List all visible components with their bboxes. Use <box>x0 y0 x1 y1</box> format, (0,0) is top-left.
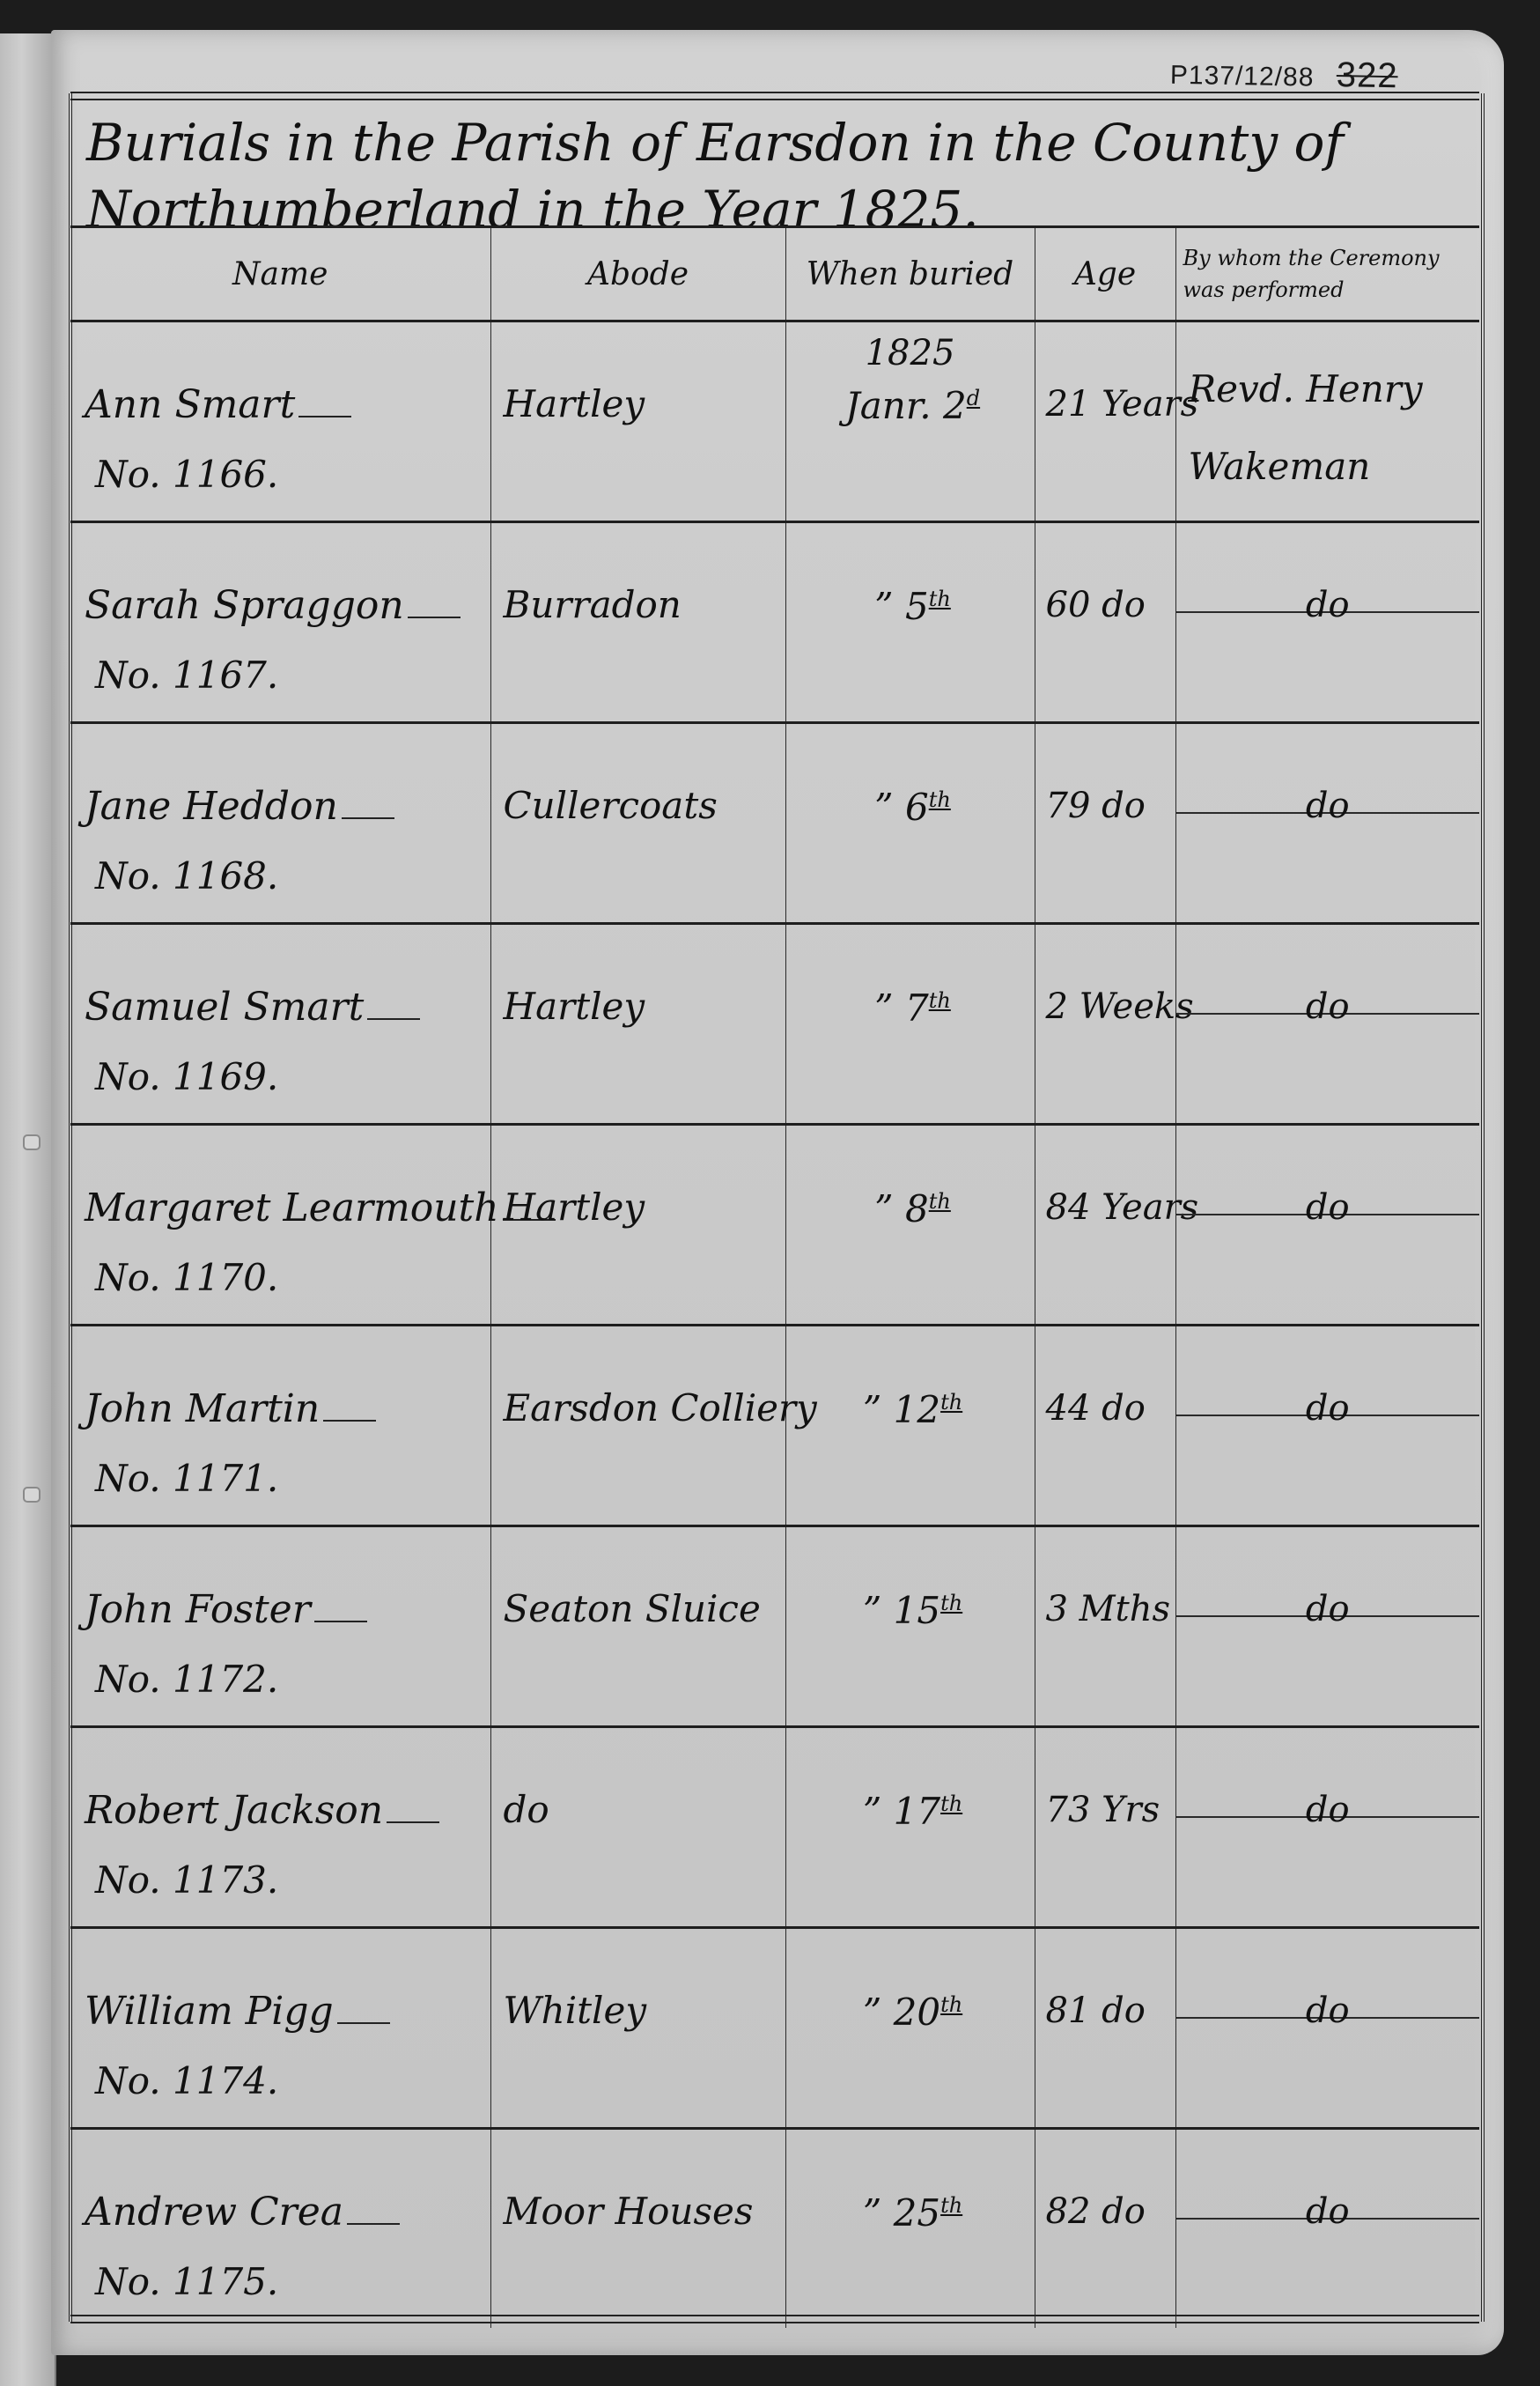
entry-number: No. 1166. <box>95 453 278 496</box>
table-row: Ann SmartNo. 1166.Hartley1825Janr. 2d21 … <box>70 321 1479 522</box>
officiant-value: do <box>1176 2191 1480 2232</box>
when-buried-cell: 1825Janr. 2d <box>785 321 1035 522</box>
entry-number: No. 1173. <box>95 1858 278 1902</box>
burial-date: ” 8th <box>797 1187 1029 1230</box>
deceased-name: Ann Smart <box>85 382 351 427</box>
burial-date-day: ” 5 <box>874 585 929 628</box>
burial-register-table: Name Abode When buried Age By whom the C… <box>70 225 1479 2328</box>
officiant-value: do <box>1176 585 1480 625</box>
burial-date: ” 7th <box>797 986 1029 1030</box>
name-cell: Margaret LearmouthNo. 1170. <box>70 1125 490 1326</box>
table-row: Andrew CreaNo. 1175.Moor Houses” 25th82 … <box>70 2129 1479 2329</box>
officiant-value: do <box>1176 1991 1480 2031</box>
officiant-cell: do <box>1175 1326 1479 1526</box>
age-cell: 79 do <box>1035 723 1175 924</box>
burial-date: Janr. 2d <box>797 384 1029 427</box>
burial-date-suffix: th <box>929 787 951 812</box>
burial-date-suffix: th <box>929 587 951 611</box>
burial-date-day: Janr. 2 <box>845 384 967 427</box>
officiant-cell: do <box>1175 723 1479 924</box>
age-cell: 81 do <box>1035 1928 1175 2129</box>
when-buried-cell: ” 15th <box>785 1526 1035 1727</box>
age-cell: 73 Yrs <box>1035 1727 1175 1928</box>
bottom-border-rule <box>70 2315 1479 2323</box>
when-buried-cell: ” 8th <box>785 1125 1035 1326</box>
deceased-name: John Martin <box>85 1386 376 1431</box>
officiant-value: do <box>1176 1187 1480 1228</box>
age-value: 3 Mths <box>1046 1589 1170 1629</box>
table-row: William PiggNo. 1174.Whitley” 20th81 dod… <box>70 1928 1479 2129</box>
abode-value: Earsdon Colliery <box>504 1386 817 1429</box>
burial-date-suffix: th <box>929 1189 951 1214</box>
burial-date-suffix: th <box>940 1390 962 1415</box>
age-value: 79 do <box>1046 786 1146 826</box>
name-cell: Andrew CreaNo. 1175. <box>70 2129 490 2329</box>
name-cell: Ann SmartNo. 1166. <box>70 321 490 522</box>
deceased-name: William Pigg <box>85 1989 390 2034</box>
entry-number: No. 1167. <box>95 654 278 697</box>
age-value: 82 do <box>1046 2191 1146 2232</box>
officiant-value: do <box>1176 1790 1480 1830</box>
burial-date-suffix: th <box>940 2193 962 2218</box>
age-cell: 44 do <box>1035 1326 1175 1526</box>
register-page: P137/12/88 322 Burials in the Parish of … <box>51 30 1504 2355</box>
entry-number: No. 1174. <box>95 2059 278 2102</box>
table-header-row: Name Abode When buried Age By whom the C… <box>70 227 1479 321</box>
binding-stitch <box>23 1134 41 1150</box>
officiant-cell: do <box>1175 1526 1479 1727</box>
deceased-name: Robert Jackson <box>85 1788 439 1833</box>
binding-stitch <box>23 1487 41 1503</box>
burial-date-suffix: th <box>940 1791 962 1816</box>
abode-cell: Hartley <box>490 321 785 522</box>
burial-date-day: ” 25 <box>863 2191 940 2235</box>
table-row: Margaret LearmouthNo. 1170.Hartley” 8th8… <box>70 1125 1479 1326</box>
officiant-cell: do <box>1175 1928 1479 2129</box>
burial-date: ” 6th <box>797 786 1029 829</box>
age-value: 81 do <box>1046 1991 1146 2031</box>
reference-code: P137/12/88 <box>1170 61 1315 92</box>
officiant-cell: do <box>1175 1125 1479 1326</box>
abode-value: Hartley <box>504 1186 645 1229</box>
abode-value: do <box>504 1788 549 1831</box>
title-line-1: Burials in the Parish of Earsdon in the … <box>86 109 1407 176</box>
page-number: 322 <box>1337 55 1399 95</box>
when-buried-cell: ” 20th <box>785 1928 1035 2129</box>
deceased-name: John Foster <box>85 1587 367 1632</box>
age-cell: 21 Years <box>1035 321 1175 522</box>
abode-value: Hartley <box>504 382 645 425</box>
when-buried-cell: ” 6th <box>785 723 1035 924</box>
abode-value: Hartley <box>504 985 645 1028</box>
burial-date-day: ” 20 <box>863 1991 940 2034</box>
abode-cell: Hartley <box>490 1125 785 1326</box>
column-header-age: Age <box>1035 227 1175 321</box>
burial-date: ” 15th <box>797 1589 1029 1632</box>
abode-value: Seaton Sluice <box>504 1587 761 1630</box>
table-row: Sarah SpraggonNo. 1167.Burradon” 5th60 d… <box>70 522 1479 723</box>
age-cell: 60 do <box>1035 522 1175 723</box>
name-cell: Samuel SmartNo. 1169. <box>70 924 490 1125</box>
abode-value: Cullercoats <box>504 784 718 827</box>
entry-number: No. 1169. <box>95 1055 278 1098</box>
abode-cell: Earsdon Colliery <box>490 1326 785 1526</box>
entry-number: No. 1171. <box>95 1457 278 1500</box>
age-value: 73 Yrs <box>1046 1790 1161 1830</box>
column-header-when-buried: When buried <box>785 227 1035 321</box>
burial-date: ” 12th <box>797 1388 1029 1431</box>
name-cell: Sarah SpraggonNo. 1167. <box>70 522 490 723</box>
abode-value: Burradon <box>504 583 682 626</box>
table-row: John MartinNo. 1171.Earsdon Colliery” 12… <box>70 1326 1479 1526</box>
officiant-value: do <box>1176 1589 1480 1629</box>
deceased-name: Samuel Smart <box>85 985 420 1030</box>
burial-date-suffix: th <box>940 1591 962 1615</box>
burial-date-day: ” 15 <box>863 1589 940 1632</box>
officiant-cell: do <box>1175 2129 1479 2329</box>
when-buried-cell: ” 17th <box>785 1727 1035 1928</box>
officiant-value: do <box>1176 786 1480 826</box>
name-cell: Jane HeddonNo. 1168. <box>70 723 490 924</box>
officiant-value: do <box>1176 986 1480 1027</box>
abode-cell: Moor Houses <box>490 2129 785 2329</box>
column-header-name: Name <box>70 227 490 321</box>
when-buried-cell: ” 5th <box>785 522 1035 723</box>
table-row: Robert JacksonNo. 1173.do” 17th73 Yrsdo <box>70 1727 1479 1928</box>
deceased-name: Jane Heddon <box>85 784 394 829</box>
archive-reference: P137/12/88 322 <box>1170 53 1398 97</box>
burial-date-suffix: th <box>929 988 951 1013</box>
officiant-cell: Revd. Henry Wakeman <box>1175 321 1479 522</box>
table-row: Jane HeddonNo. 1168.Cullercoats” 6th79 d… <box>70 723 1479 924</box>
burial-date-suffix: d <box>967 386 980 410</box>
officiant-cell: do <box>1175 1727 1479 1928</box>
officiant-cell: do <box>1175 522 1479 723</box>
entry-number: No. 1172. <box>95 1658 278 1701</box>
age-value: 2 Weeks <box>1046 986 1194 1027</box>
abode-cell: Seaton Sluice <box>490 1526 785 1727</box>
age-cell: 2 Weeks <box>1035 924 1175 1125</box>
burial-date-day: ” 17 <box>863 1790 940 1833</box>
name-cell: Robert JacksonNo. 1173. <box>70 1727 490 1928</box>
deceased-name: Sarah Spraggon <box>85 583 461 628</box>
officiant-value: do <box>1176 1388 1480 1429</box>
table-row: Samuel SmartNo. 1169.Hartley” 7th2 Weeks… <box>70 924 1479 1125</box>
burial-date-day: ” 8 <box>874 1187 929 1230</box>
when-buried-cell: ” 12th <box>785 1326 1035 1526</box>
officiant-cell: do <box>1175 924 1479 1125</box>
age-cell: 82 do <box>1035 2129 1175 2329</box>
table-row: John FosterNo. 1172.Seaton Sluice” 15th3… <box>70 1526 1479 1727</box>
burial-date: ” 17th <box>797 1790 1029 1833</box>
page-title: Burials in the Parish of Earsdon in the … <box>86 109 1407 243</box>
abode-value: Whitley <box>504 1989 647 2032</box>
name-cell: John MartinNo. 1171. <box>70 1326 490 1526</box>
when-buried-cell: ” 7th <box>785 924 1035 1125</box>
entry-number: No. 1168. <box>95 854 278 898</box>
abode-cell: do <box>490 1727 785 1928</box>
burial-date: ” 25th <box>797 2191 1029 2235</box>
age-value: 44 do <box>1046 1388 1146 1429</box>
abode-cell: Whitley <box>490 1928 785 2129</box>
burial-date-day: ” 7 <box>874 986 929 1030</box>
burial-date-day: ” 6 <box>874 786 929 829</box>
deceased-name: Andrew Crea <box>85 2190 400 2235</box>
burial-date: ” 5th <box>797 585 1029 628</box>
deceased-name: Margaret Learmouth <box>85 1186 556 1230</box>
officiant-value: Revd. Henry Wakeman <box>1189 351 1480 506</box>
age-value: 60 do <box>1046 585 1146 625</box>
entry-number: No. 1175. <box>95 2260 278 2303</box>
abode-cell: Cullercoats <box>490 723 785 924</box>
column-header-abode: Abode <box>490 227 785 321</box>
when-buried-cell: ” 25th <box>785 2129 1035 2329</box>
abode-value: Moor Houses <box>504 2190 754 2233</box>
burial-date-day: ” 12 <box>863 1388 940 1431</box>
abode-cell: Burradon <box>490 522 785 723</box>
age-cell: 84 Years <box>1035 1125 1175 1326</box>
column-header-officiant: By whom the Ceremony was performed <box>1175 227 1479 321</box>
name-cell: William PiggNo. 1174. <box>70 1928 490 2129</box>
burial-year: 1825 <box>786 333 1035 373</box>
facing-page-edge <box>0 33 56 2386</box>
entry-number: No. 1170. <box>95 1256 278 1299</box>
age-cell: 3 Mths <box>1035 1526 1175 1727</box>
name-cell: John FosterNo. 1172. <box>70 1526 490 1727</box>
abode-cell: Hartley <box>490 924 785 1125</box>
burial-date: ” 20th <box>797 1991 1029 2034</box>
burial-date-suffix: th <box>940 1992 962 2017</box>
